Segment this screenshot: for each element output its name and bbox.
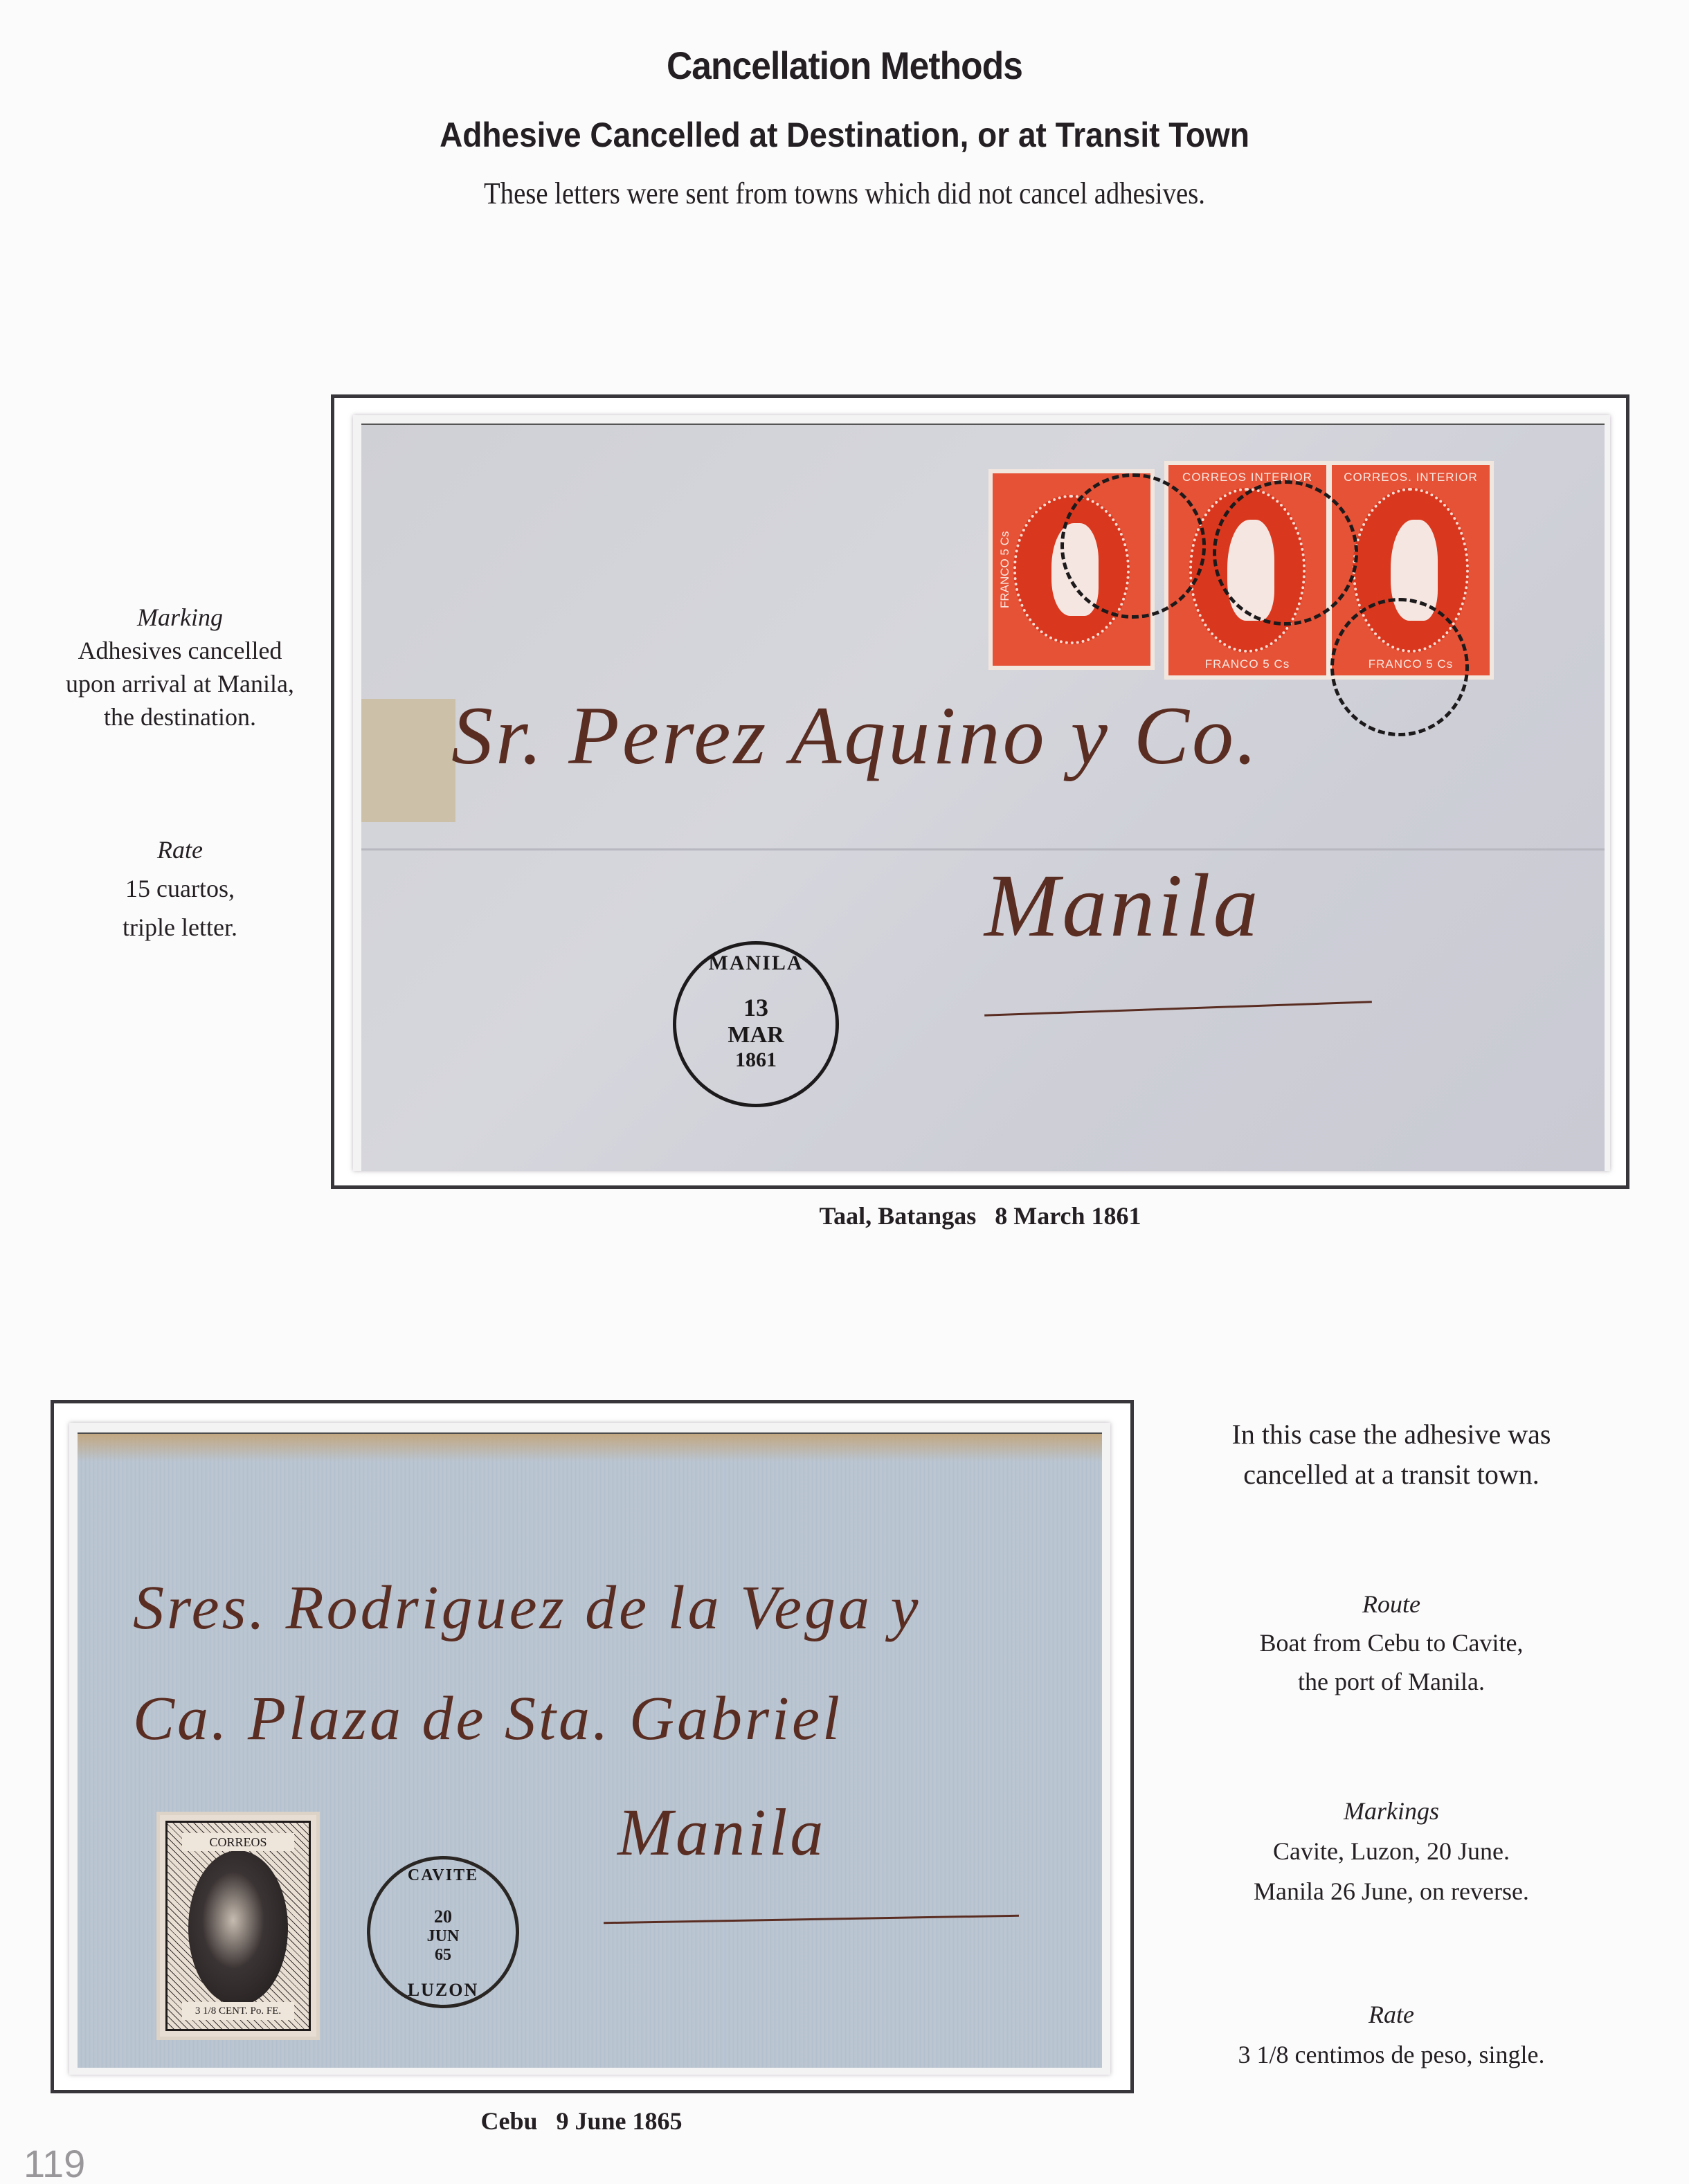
page-subtitle: Adhesive Cancelled at Destination, or at… — [68, 115, 1622, 155]
address-underline — [604, 1915, 1019, 1924]
postmark-town: CAVITE — [370, 1866, 516, 1885]
page-title: Cancellation Methods — [68, 43, 1622, 88]
note-line: 15 cuartos, — [42, 869, 318, 908]
postmark-month: MAR — [728, 1022, 784, 1048]
hinge-tape — [361, 699, 455, 822]
stamp-bottom-text: FRANCO 5 Cs — [1168, 657, 1326, 671]
note-line: Cavite, Luzon, 20 June. — [1149, 1831, 1634, 1871]
note-line: triple letter. — [42, 908, 318, 947]
postmark-year: 65 — [435, 1946, 451, 1965]
postmark-bottom: LUZON — [370, 1980, 516, 2001]
manila-postmark: MANILA 13 MAR 1861 — [673, 941, 839, 1107]
note-line: 3 1/8 centimos de peso, single. — [1149, 2035, 1634, 2075]
note-heading: Rate — [42, 830, 318, 869]
note-line: upon arrival at Manila, — [42, 667, 318, 700]
cancel-strike-icon — [1213, 480, 1358, 626]
pencil-page-number: 119 — [24, 2141, 85, 2184]
note-line: the destination. — [42, 700, 318, 734]
postmark-day: 13 — [743, 993, 768, 1022]
exhibit2-markings-note: Markings Cavite, Luzon, 20 June. Manila … — [1149, 1791, 1634, 1911]
note-line: Adhesives cancelled — [42, 634, 318, 667]
cavite-luzon-postmark: CAVITE 20 JUN 65 LUZON — [367, 1856, 519, 2008]
exhibit1-marking-note: Marking Adhesives cancelled upon arrival… — [42, 601, 318, 734]
exhibit2-cover: CORREOS 3 1/8 CENT. Po. FE. CAVITE 20 JU… — [78, 1432, 1102, 2068]
stamp-side-text: FRANCO 5 Cs — [998, 473, 1012, 666]
cancel-strike-icon — [1330, 598, 1469, 736]
toning-stain — [78, 1434, 1102, 1462]
handwritten-street: Ca. Plaza de Sta. Gabriel — [133, 1683, 842, 1754]
exhibit2-intro-note: In this case the adhesive was cancelled … — [1149, 1414, 1634, 1495]
note-line: cancelled at a transit town. — [1149, 1455, 1634, 1495]
exhibit1-cover: FRANCO 5 Cs CORREOS INTERIOR FRANCO 5 Cs… — [361, 424, 1605, 1171]
handwritten-city: Manila — [984, 854, 1261, 958]
exhibit2-caption: Cebu 9 June 1865 — [415, 2106, 748, 2136]
postmark-year: 1861 — [735, 1048, 777, 1072]
address-underline — [984, 1001, 1372, 1017]
note-line: Manila 26 June, on reverse. — [1149, 1871, 1634, 1911]
exhibit2-route-note: Route Boat from Cebu to Cavite, the port… — [1149, 1585, 1634, 1701]
postmark-month: JUN — [427, 1927, 460, 1946]
note-heading: Marking — [42, 601, 318, 634]
stamp-top-text: CORREOS. INTERIOR — [1332, 471, 1490, 484]
note-line: the port of Manila. — [1149, 1662, 1634, 1701]
handwritten-addressee: Sr. Perez Aquino y Co. — [451, 688, 1260, 783]
page-intro: These letters were sent from towns which… — [101, 176, 1587, 211]
stamp-portrait-oval — [188, 1850, 289, 2005]
note-heading: Markings — [1149, 1791, 1634, 1831]
exhibit2-rate-note: Rate 3 1/8 centimos de peso, single. — [1149, 1994, 1634, 2075]
stamp-bottom-text: 3 1/8 CENT. Po. FE. — [182, 2002, 295, 2020]
stamp-black-isabella: CORREOS 3 1/8 CENT. Po. FE. — [156, 1812, 320, 2040]
note-heading: Rate — [1149, 1994, 1634, 2035]
postmark-town: MANILA — [676, 952, 836, 975]
note-line: Boat from Cebu to Cavite, — [1149, 1623, 1634, 1662]
note-heading: Route — [1149, 1585, 1634, 1623]
stamp-top-text: CORREOS — [182, 1833, 295, 1851]
handwritten-addressee: Sres. Rodriguez de la Vega y — [133, 1572, 921, 1644]
postmark-day: 20 — [434, 1907, 452, 1927]
exhibit1-caption: Taal, Batangas 8 March 1861 — [331, 1201, 1629, 1230]
handwritten-city: Manila — [617, 1794, 826, 1871]
exhibit1-rate-note: Rate 15 cuartos, triple letter. — [42, 830, 318, 947]
fold-line — [361, 848, 1605, 850]
note-line: In this case the adhesive was — [1149, 1414, 1634, 1455]
cancel-strike-icon — [1060, 473, 1206, 619]
